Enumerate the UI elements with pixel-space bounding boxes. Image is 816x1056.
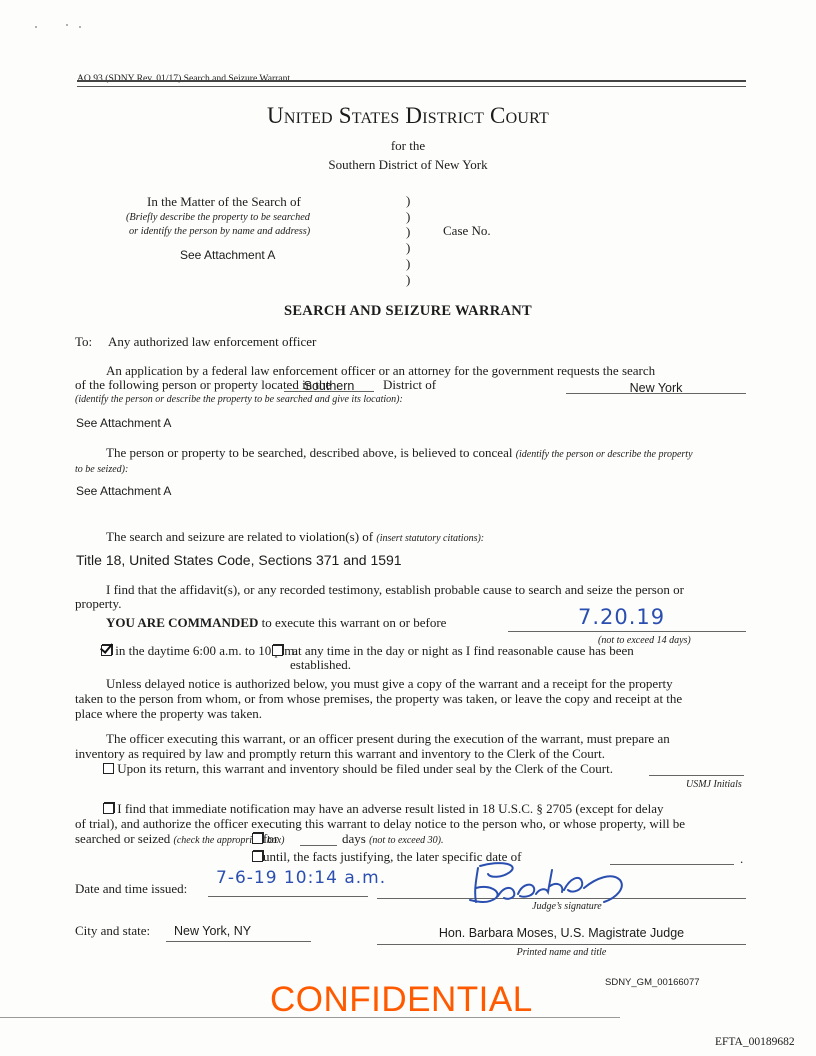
command-line: YOU ARE COMMANDED to execute this warran… <box>106 615 446 631</box>
case-no-label: Case No. <box>443 223 491 239</box>
date-issued-value: 7-6-19 10:14 a.m. <box>216 868 386 888</box>
caption-paren: ) <box>406 224 410 240</box>
delay-until-checkbox[interactable] <box>252 851 263 862</box>
caption-paren: ) <box>406 193 410 209</box>
efta-number: EFTA_00189682 <box>715 1036 795 1048</box>
printed-name-line <box>377 944 746 945</box>
scan-speck <box>35 26 37 28</box>
state-value: New York <box>566 381 746 395</box>
printed-name-label: Printed name and title <box>377 947 746 958</box>
violations-note: (insert statutory citations): <box>376 533 484 544</box>
finding-line: I find that the affidavit(s), or any rec… <box>106 582 684 598</box>
signature-label: Judge’s signature <box>532 901 602 912</box>
date-issued-blank <box>208 896 368 897</box>
district-value: Southern <box>284 379 374 393</box>
violations-text: The search and seizure are related to vi… <box>106 529 373 544</box>
daytime-option[interactable]: in the daytime 6:00 a.m. to 10 p.m. <box>101 643 298 659</box>
delay-line: of trial), and authorize the officer exe… <box>75 816 685 832</box>
notice-line: place where the property was taken. <box>75 706 262 722</box>
scan-speck <box>66 24 68 26</box>
matter-note: or identify the person by name and addre… <box>129 226 310 237</box>
days-label: days <box>342 831 366 846</box>
delay-for-option[interactable]: for <box>252 831 278 847</box>
delay-text: I find that immediate notification may h… <box>117 801 663 816</box>
delay-text: searched or seized <box>75 831 170 846</box>
caption-paren: ) <box>406 256 410 272</box>
delay-for-label: for <box>263 831 278 846</box>
seal-option[interactable]: Upon its return, this warrant and invent… <box>103 761 613 777</box>
seal-checkbox[interactable] <box>103 763 114 774</box>
delay-line[interactable]: I find that immediate notification may h… <box>103 801 663 817</box>
judge-signature-icon <box>440 858 630 904</box>
days-blank[interactable] <box>300 845 337 846</box>
city-state-blank <box>166 941 311 942</box>
caption-paren: ) <box>406 209 410 225</box>
confidential-stamp: CONFIDENTIAL <box>270 980 533 1020</box>
footer-divider <box>0 1017 620 1018</box>
header-divider <box>77 80 746 87</box>
application-value: See Attachment A <box>76 416 171 430</box>
conceal-note: to be seized): <box>75 464 128 475</box>
city-state-value: New York, NY <box>174 924 251 938</box>
initials-blank <box>649 775 744 776</box>
until-period: . <box>740 851 743 867</box>
inventory-line: inventory as required by law and promptl… <box>75 746 605 762</box>
to-value: Any authorized law enforcement officer <box>108 334 316 350</box>
for-the: for the <box>0 138 816 154</box>
city-state-label: City and state: <box>75 923 150 939</box>
anytime-label: at any time in the day or night as I fin… <box>292 643 634 658</box>
finding-line: property. <box>75 596 121 612</box>
notice-line: Unless delayed notice is authorized belo… <box>106 676 673 692</box>
conceal-text: The person or property to be searched, d… <box>106 445 512 460</box>
days-label-wrap: days (not to exceed 30). <box>342 831 444 847</box>
seal-label: Upon its return, this warrant and invent… <box>117 761 613 776</box>
notice-line: taken to the person from whom, or from w… <box>75 691 682 707</box>
conceal-note: (identify the person or describe the pro… <box>516 449 693 460</box>
matter-note: (Briefly describe the property to be sea… <box>126 212 310 223</box>
daytime-checkbox[interactable] <box>101 645 112 656</box>
command-bold: YOU ARE COMMANDED <box>106 615 258 630</box>
daytime-label: in the daytime 6:00 a.m. to 10 p.m. <box>115 643 297 658</box>
scan-speck <box>79 26 81 28</box>
warrant-title: SEARCH AND SEIZURE WARRANT <box>0 303 816 320</box>
violations-value: Title 18, United States Code, Sections 3… <box>76 552 402 568</box>
district-of-label: District of <box>383 377 436 393</box>
anytime-checkbox[interactable] <box>272 645 283 656</box>
bates-number: SDNY_GM_00166077 <box>605 977 700 988</box>
district-name: Southern District of New York <box>0 157 816 173</box>
violations-line: The search and seizure are related to vi… <box>106 529 484 545</box>
execute-by-date: 7.20.19 <box>578 605 665 629</box>
command-text: to execute this warrant on or before <box>262 615 447 630</box>
caption-paren: ) <box>406 272 410 288</box>
to-label: To: <box>75 334 92 350</box>
court-title: United States District Court <box>0 103 816 129</box>
printed-name-value: Hon. Barbara Moses, U.S. Magistrate Judg… <box>377 926 746 940</box>
caption-paren: ) <box>406 240 410 256</box>
conceal-value: See Attachment A <box>76 484 171 498</box>
initials-label: USMJ Initials <box>686 779 742 790</box>
matter-label: In the Matter of the Search of <box>147 194 301 210</box>
anytime-label-cont: established. <box>290 657 351 673</box>
matter-value: See Attachment A <box>180 248 275 262</box>
delay-checkbox[interactable] <box>103 803 114 814</box>
date-issued-label: Date and time issued: <box>75 881 187 897</box>
execute-by-blank <box>508 631 746 632</box>
application-note: (identify the person or describe the pro… <box>75 394 403 405</box>
days-note: (not to exceed 30). <box>369 835 443 846</box>
delay-for-checkbox[interactable] <box>252 833 263 844</box>
inventory-line: The officer executing this warrant, or a… <box>106 731 670 747</box>
conceal-line: The person or property to be searched, d… <box>106 445 693 461</box>
